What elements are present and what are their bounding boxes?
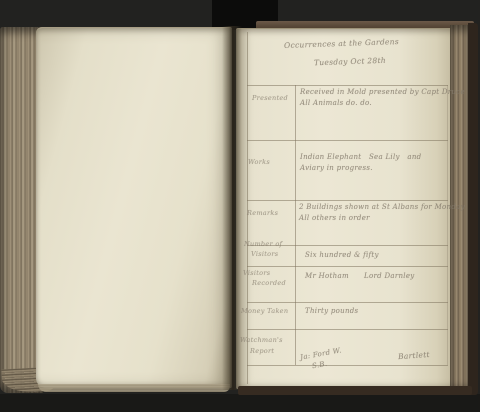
row-rule-line — [247, 140, 448, 141]
row-label: Money Taken — [241, 307, 288, 315]
row-label: Visitors — [243, 269, 270, 277]
row-label: Presented — [252, 94, 288, 102]
row-rule-line — [247, 85, 448, 86]
left-page-bottom-edge — [38, 384, 230, 392]
row-entry-line: Thirty pounds — [305, 307, 358, 315]
book-board-bottom-edge — [238, 386, 472, 395]
row-label: Number of — [244, 240, 282, 248]
book-gutter-shadow — [222, 26, 242, 390]
row-label: Remarks — [247, 209, 278, 217]
left-blank-page — [36, 27, 232, 388]
row-label: Recorded — [252, 279, 286, 287]
row-rule-line — [247, 302, 448, 303]
row-label: Works — [248, 158, 270, 166]
row-label: Visitors — [251, 250, 278, 258]
book-cover-right-edge — [468, 23, 478, 395]
row-entry-line: 2 Buildings shown at St Albans for Monda… — [299, 203, 465, 211]
row-entry-line: All others in order — [299, 214, 370, 222]
row-entry-line: Six hundred & fifty — [305, 251, 379, 259]
backdrop-bottom-band — [0, 394, 480, 412]
row-label: Watchman's — [240, 336, 283, 344]
row-entry-line: Aviary in progress. — [300, 164, 373, 172]
row-rule-line — [247, 266, 448, 267]
label-column-divider-line — [295, 85, 296, 365]
ledger-photo: Occurrences at the Gardens Tuesday Oct 2… — [0, 0, 480, 412]
row-entry-line: All Animals do. do. — [300, 99, 372, 107]
row-label: Report — [250, 347, 274, 355]
row-rule-line — [247, 329, 448, 330]
row-entry-line: Mr Hotham Lord Darnley — [305, 272, 415, 280]
row-rule-line — [247, 200, 448, 201]
row-entry-line: Received in Mold presented by Capt Druce — [300, 88, 465, 96]
right-rule-line — [447, 85, 448, 365]
row-rule-line — [247, 365, 448, 366]
row-entry-line: Indian Elephant Sea Lily and — [300, 153, 421, 161]
